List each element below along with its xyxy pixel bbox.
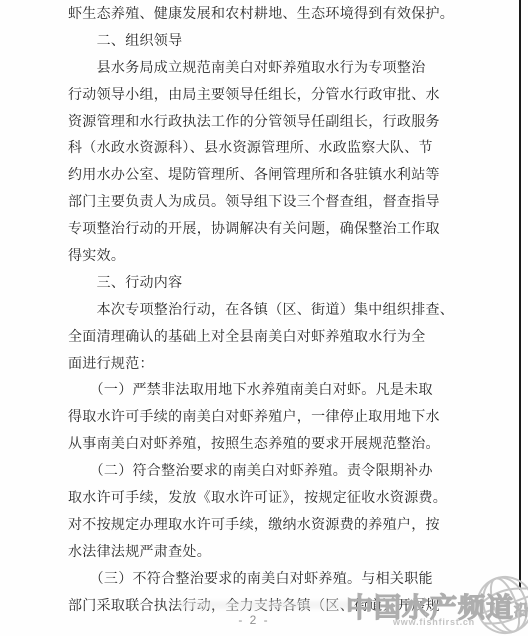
- document-line: 科（水政水资源科）、县水资源管理所、水政监察大队、节: [68, 134, 518, 161]
- section-heading: 三、行动内容: [68, 269, 518, 296]
- document-line: （三）不符合整治要求的南美白对虾养殖。与相关职能: [68, 565, 518, 592]
- document-line: 虾生态养殖、健康发展和农村耕地、生态环境得到有效保护。: [68, 0, 518, 27]
- page-number: - 2 -: [68, 613, 440, 627]
- document-line: 水法律法规严肃查处。: [68, 538, 518, 565]
- document-line: （一）严禁非法取用地下水养殖南美白对虾。凡是未取: [68, 376, 518, 403]
- document-line: 资源管理和水行政执法工作的分管领导任副组长，行政服务: [68, 108, 518, 135]
- section-heading: 二、组织领导: [68, 27, 518, 54]
- document-line: 得取水许可手续的南美白对虾养殖户，一律停止取用地下水: [68, 403, 518, 430]
- document-line: 取水许可手续，发放《取水许可证》，按规定征收水资源费。: [68, 484, 518, 511]
- document-line: 对不按规定办理取水许可手续，缴纳水资源费的养殖户，按: [68, 511, 518, 538]
- document-page: 虾生态养殖、健康发展和农村耕地、生态环境得到有效保护。 二、组织领导 县水务局成…: [0, 0, 528, 636]
- document-line: 约用水办公室、堤防管理所、各闸管理所和各驻镇水利站等: [68, 161, 518, 188]
- document-line: 得实效。: [68, 242, 518, 269]
- document-line: 本次专项整治行动，在各镇（区、街道）集中组织排查、: [68, 296, 518, 323]
- document-line: 全面清理确认的基础上对全县南美白对虾养殖取水行为全: [68, 323, 518, 350]
- scan-edge-line: [519, 0, 521, 590]
- document-line: 从事南美白对虾养殖，按照生态养殖的要求开展规范整治。: [68, 430, 518, 457]
- paper-crease: [178, 602, 353, 608]
- document-line: 行动领导小组，由局主要领导任组长，分管水行政审批、水: [68, 81, 518, 108]
- document-body: 虾生态养殖、健康发展和农村耕地、生态环境得到有效保护。 二、组织领导 县水务局成…: [68, 0, 518, 618]
- document-line: （二）符合整治要求的南美白对虾养殖。责令限期补办: [68, 457, 518, 484]
- document-line: 部门主要负责人为成员。领导组下设三个督查组，督查指导: [68, 188, 518, 215]
- document-line: 面进行规范：: [68, 350, 518, 377]
- document-line: 县水务局成立规范南美白对虾养殖取水行为专项整治: [68, 54, 518, 81]
- document-line: 专项整治行动的开展，协调解决有关问题，确保整治工作取: [68, 215, 518, 242]
